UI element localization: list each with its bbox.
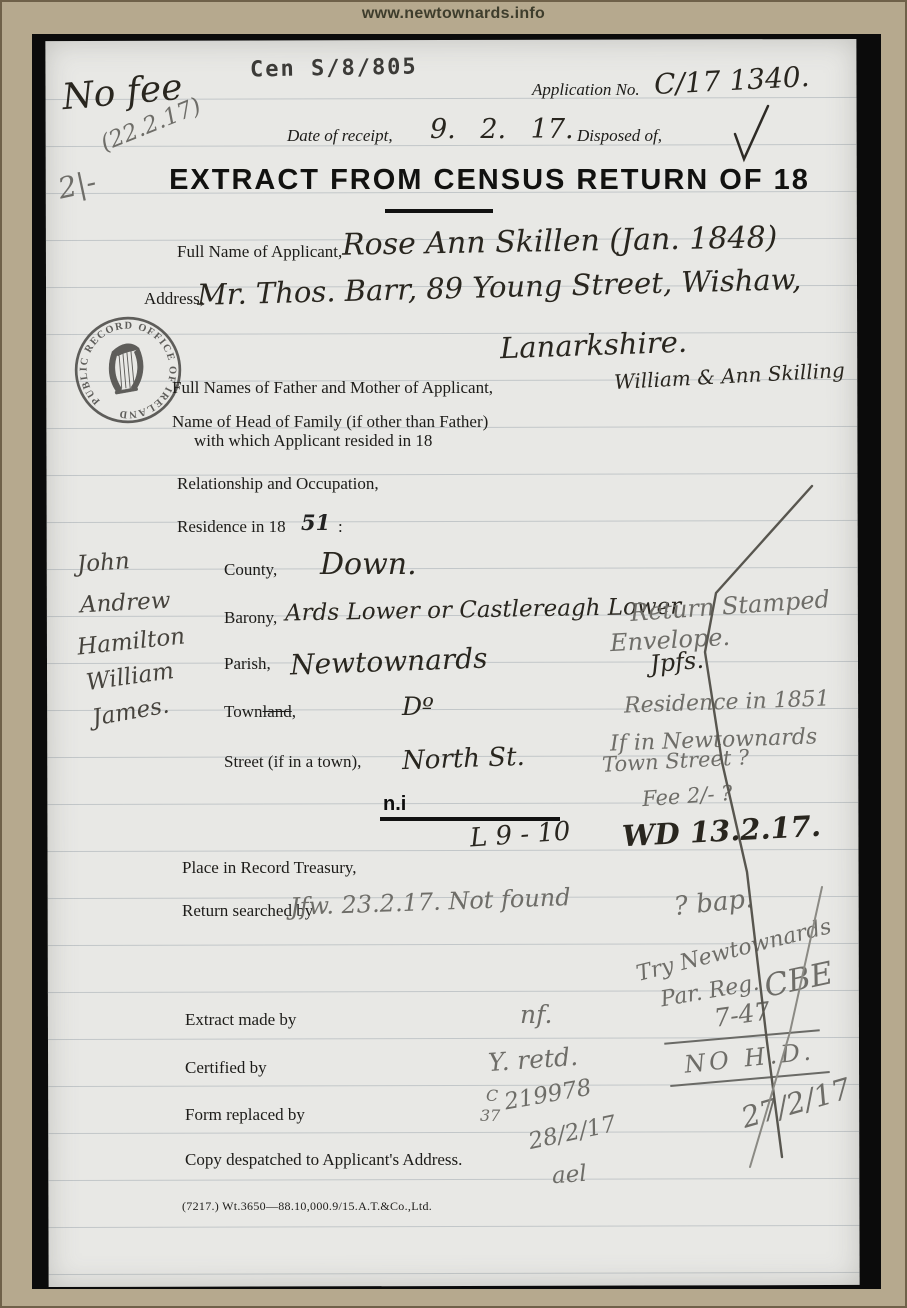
c-ref-bottom-note: 37 xyxy=(480,1106,500,1125)
townland-label: Townland, xyxy=(224,702,296,722)
parish-label: Parish, xyxy=(224,654,271,674)
margin-name: John xyxy=(76,548,130,578)
cen-reference: Cen S/8/805 xyxy=(250,55,418,83)
residence-year-label: Residence in 18 xyxy=(177,517,286,537)
date-of-receipt-value: 9. 2. 17. xyxy=(430,114,574,145)
address-value-line1: Mr. Thos. Barr, 89 Young Street, Wishaw, xyxy=(197,262,802,312)
application-no-value: C/17 1340. xyxy=(653,60,810,101)
cbe-note: CBE xyxy=(761,955,836,1005)
treasury-label: Place in Record Treasury, xyxy=(182,858,357,878)
harp-icon xyxy=(105,342,148,395)
address-value-line2: Lanarkshire. xyxy=(499,325,687,366)
wd-date-note: WD 13.2.17. xyxy=(621,809,822,853)
searched-by-value: Jfw. 23.2.17. Not found xyxy=(290,883,571,921)
certified-by-label: Certified by xyxy=(185,1058,267,1078)
street-label: Street (if in a town), xyxy=(224,752,361,772)
relationship-label: Relationship and Occupation, xyxy=(177,474,379,494)
county-value: Down. xyxy=(320,547,417,582)
y-retd-note: Y. retd. xyxy=(487,1042,579,1077)
margin-name: Hamilton xyxy=(76,623,186,660)
c-ref-top-note: C xyxy=(486,1086,498,1105)
date-of-receipt-label: Date of receipt, xyxy=(287,126,393,146)
return-stamped-note-line1: Return Stamped xyxy=(629,585,830,627)
townland-value: Dº xyxy=(402,692,434,721)
street-value: North St. xyxy=(402,742,526,776)
no-hd-note: NO H.D. xyxy=(683,1037,816,1079)
fee-query-note: Fee 2/- ? xyxy=(641,781,733,811)
parents-label: Full Names of Father and Mother of Appli… xyxy=(172,378,493,398)
copy-despatched-label: Copy despatched to Applicant's Address. xyxy=(185,1150,462,1170)
printer-imprint: (7217.) Wt.3650—88.10,000.9/15.A.T.&Co.,… xyxy=(182,1199,432,1214)
date-28217-note: 28/2/17 xyxy=(526,1111,618,1155)
head-of-family-label-line2: with which Applicant resided in 18 xyxy=(194,431,432,451)
margin-name: Andrew xyxy=(79,588,171,619)
clerk-initials-note: Jpfs. xyxy=(649,646,705,679)
parents-value: William & Ann Skilling xyxy=(614,358,846,394)
extract-made-by-label: Extract made by xyxy=(185,1010,296,1030)
margin-name: William xyxy=(85,658,176,696)
application-no-label: Application No. xyxy=(532,80,640,100)
residence-1851-note: Residence in 1851 xyxy=(624,686,830,718)
ni-annotation: n.i xyxy=(383,793,406,816)
fee-shorthand-note: 2|- xyxy=(55,164,99,205)
address-label: Address, xyxy=(144,289,204,309)
county-label: County, xyxy=(224,560,277,580)
ref-747-note: 7-47 xyxy=(712,996,772,1033)
barony-label: Barony, xyxy=(224,608,277,628)
parish-value: Newtownards xyxy=(289,642,488,682)
document-overlay: No fee Cen S/8/805 Application No. C/17 … xyxy=(2,2,905,1306)
residence-colon: : xyxy=(338,517,343,537)
bap-query-note: ? bap. xyxy=(673,884,755,922)
tick-mark xyxy=(735,106,768,159)
applicant-name-label: Full Name of Applicant, xyxy=(177,242,342,262)
num-219978-note: 219978 xyxy=(502,1075,593,1116)
form-replaced-by-label: Form replaced by xyxy=(185,1105,305,1125)
treasury-ref-value: L 9 - 10 xyxy=(469,817,571,854)
page: www.newtownards.info No fee Cen S/8/805 … xyxy=(0,0,907,1308)
townland-struck-text: land xyxy=(262,702,291,721)
margin-name: James. xyxy=(90,692,171,731)
form-title: EXTRACT FROM CENSUS RETURN OF 18 xyxy=(167,164,812,197)
nf-note: nf. xyxy=(520,1000,552,1029)
ael-note: ael xyxy=(551,1161,587,1189)
barony-value: Ards Lower or Castlereagh Lower xyxy=(285,594,682,627)
date-27217-note: 27/2/17 xyxy=(737,1071,854,1134)
disposed-of-label: Disposed of, xyxy=(577,126,662,146)
applicant-name-value: Rose Ann Skillen (Jan. 1848) xyxy=(342,220,778,263)
title-underline xyxy=(385,209,493,213)
head-of-family-label-line1: Name of Head of Family (if other than Fa… xyxy=(172,412,488,432)
residence-year-value: 51 xyxy=(301,510,330,535)
